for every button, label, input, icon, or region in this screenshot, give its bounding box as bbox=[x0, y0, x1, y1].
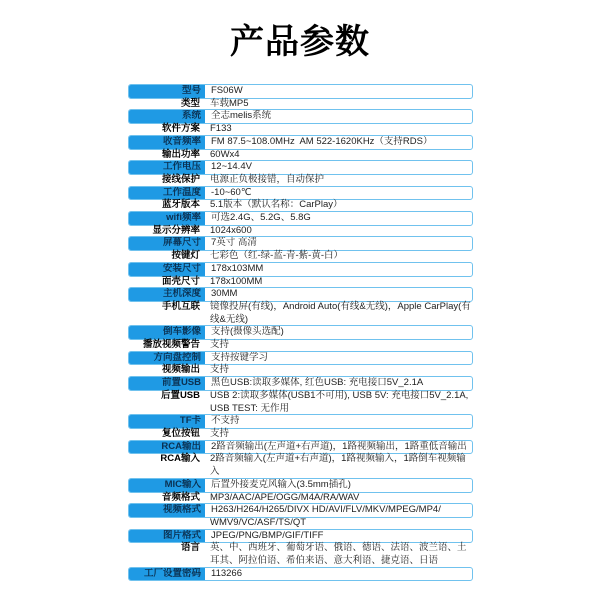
spec-label: 按键灯 bbox=[128, 250, 204, 263]
spec-label: 前置USB bbox=[129, 377, 205, 390]
spec-label: 主机深度 bbox=[129, 288, 205, 301]
spec-row: MIC输入 后置外接麦克风输入(3.5mm插孔) bbox=[128, 478, 473, 493]
spec-label: 屏幕尺寸 bbox=[129, 237, 205, 250]
spec-label: MIC输入 bbox=[129, 479, 205, 492]
spec-value: -10~60℃ bbox=[205, 187, 472, 200]
spec-label: 接线保护 bbox=[128, 174, 204, 187]
page-title: 产品参数 bbox=[0, 14, 600, 63]
spec-label: RCA输出 bbox=[129, 441, 205, 454]
spec-label: wifi频率 bbox=[129, 212, 205, 225]
spec-label: 语言 bbox=[128, 542, 204, 567]
spec-row: 语言 英、中、西班牙、葡萄牙语、俄语、德语、法语、波兰语、土耳其、阿拉伯语、希伯… bbox=[128, 542, 473, 567]
spec-row: 接线保护 电源正负极接错，自动保护 bbox=[128, 174, 473, 187]
spec-row: 视频格式 H263/H264/H265/DIVX HD/AVI/FLV/MKV/… bbox=[128, 503, 473, 518]
spec-row: 工作电压 12~14.4V bbox=[128, 160, 473, 175]
spec-row: 后置USB USB 2:读取多媒体(USB1不可用), USB 5V: 充电接口… bbox=[128, 390, 473, 415]
spec-label: 软件方案 bbox=[128, 123, 204, 136]
spec-value: 可选2.4G、5.2G、5.8G bbox=[205, 212, 472, 225]
spec-label: 型号 bbox=[129, 85, 205, 98]
spec-label: TF卡 bbox=[129, 415, 205, 428]
spec-label: 方向盘控制 bbox=[129, 352, 205, 365]
spec-value: 后置外接麦克风输入(3.5mm插孔) bbox=[205, 479, 472, 492]
spec-value: FM 87.5~108.0MHz AM 522-1620KHz（支持RDS） bbox=[205, 136, 472, 149]
spec-row: 收音频率 FM 87.5~108.0MHz AM 522-1620KHz（支持R… bbox=[128, 135, 473, 150]
spec-row: wifi频率 可选2.4G、5.2G、5.8G bbox=[128, 211, 473, 226]
spec-value: 113266 bbox=[205, 568, 472, 581]
spec-label: 安装尺寸 bbox=[129, 263, 205, 276]
spec-label: 系统 bbox=[129, 110, 205, 123]
spec-value: 178x103MM bbox=[205, 263, 472, 276]
spec-row: 工厂设置密码 113266 bbox=[128, 567, 473, 582]
spec-label: 工厂设置密码 bbox=[129, 568, 205, 581]
spec-value: F133 bbox=[204, 123, 473, 136]
spec-value: JPEG/PNG/BMP/GIF/TIFF bbox=[205, 530, 472, 543]
spec-value: 黑色USB:读取多媒体, 红色USB: 充电接口5V_2.1A bbox=[205, 377, 472, 390]
spec-label: 工作电压 bbox=[129, 161, 205, 174]
spec-value: 支持 bbox=[204, 339, 473, 352]
spec-value: 不支持 bbox=[205, 415, 472, 428]
spec-value: 七彩色（红-绿-蓝-青-紫-黄-白） bbox=[204, 250, 473, 263]
spec-value: FS06W bbox=[205, 85, 472, 98]
spec-value: 镜像投屏(有线)，Android Auto(有线&无线)，Apple CarPl… bbox=[204, 301, 473, 326]
spec-label: 复位按钮 bbox=[128, 428, 204, 441]
spec-row: 系统 全志melis系统 bbox=[128, 109, 473, 124]
spec-value: 7英寸 高清 bbox=[205, 237, 472, 250]
spec-row: WMV9/VC/ASF/TS/QT bbox=[128, 517, 473, 530]
spec-value: 支持按键学习 bbox=[205, 352, 472, 365]
spec-label: 图片格式 bbox=[129, 530, 205, 543]
spec-label: 倒车影像 bbox=[129, 326, 205, 339]
spec-value: USB 2:读取多媒体(USB1不可用), USB 5V: 充电接口5V_2.1… bbox=[204, 390, 473, 415]
spec-row: 屏幕尺寸 7英寸 高清 bbox=[128, 236, 473, 251]
spec-value: 电源正负极接错，自动保护 bbox=[204, 174, 473, 187]
spec-row: 主机深度 30MM bbox=[128, 287, 473, 302]
spec-value: 30MM bbox=[205, 288, 472, 301]
spec-value: H263/H264/H265/DIVX HD/AVI/FLV/MKV/MPEG/… bbox=[205, 504, 472, 517]
spec-label: 后置USB bbox=[128, 390, 204, 415]
spec-row: 播放视频警告 支持 bbox=[128, 339, 473, 352]
spec-value: 2路音频输入(左声道+右声道)，1路视频输入，1路倒车视频输入 bbox=[204, 453, 473, 478]
spec-label: 收音频率 bbox=[129, 136, 205, 149]
spec-label: RCA输入 bbox=[128, 453, 204, 478]
product-spec-page: { "page": { "title": "产品参数" }, "colors":… bbox=[0, 0, 600, 600]
spec-row: RCA输入 2路音频输入(左声道+右声道)，1路视频输入，1路倒车视频输入 bbox=[128, 453, 473, 478]
spec-row: 型号 FS06W bbox=[128, 84, 473, 99]
spec-value: 12~14.4V bbox=[205, 161, 472, 174]
spec-value: WMV9/VC/ASF/TS/QT bbox=[204, 517, 473, 530]
spec-value: 支持 bbox=[204, 428, 473, 441]
spec-label: 视频格式 bbox=[129, 504, 205, 517]
spec-row: 倒车影像 支持(摄像头选配) bbox=[128, 325, 473, 340]
spec-row: 手机互联 镜像投屏(有线)，Android Auto(有线&无线)，Apple … bbox=[128, 301, 473, 326]
spec-row: 按键灯 七彩色（红-绿-蓝-青-紫-黄-白） bbox=[128, 250, 473, 263]
spec-label: 手机互联 bbox=[128, 301, 204, 326]
spec-value: 2路音频输出(左声道+右声道)，1路视频输出，1路重低音输出 bbox=[205, 441, 472, 454]
spec-label bbox=[128, 517, 204, 530]
spec-label: 工作温度 bbox=[129, 187, 205, 200]
spec-value: 全志melis系统 bbox=[205, 110, 472, 123]
spec-row: 复位按钮 支持 bbox=[128, 428, 473, 441]
spec-row: 前置USB 黑色USB:读取多媒体, 红色USB: 充电接口5V_2.1A bbox=[128, 376, 473, 391]
spec-row: TF卡 不支持 bbox=[128, 414, 473, 429]
spec-value: 支持(摄像头选配) bbox=[205, 326, 472, 339]
spec-label: 播放视频警告 bbox=[128, 339, 204, 352]
spec-row: 安装尺寸 178x103MM bbox=[128, 262, 473, 277]
spec-row: 软件方案 F133 bbox=[128, 123, 473, 136]
spec-table: 型号 FS06W 类型 车载MP5 系统 全志melis系统 软件方案 F133… bbox=[128, 85, 473, 580]
spec-value: 英、中、西班牙、葡萄牙语、俄语、德语、法语、波兰语、土耳其、阿拉伯语、希伯来语、… bbox=[204, 542, 473, 567]
